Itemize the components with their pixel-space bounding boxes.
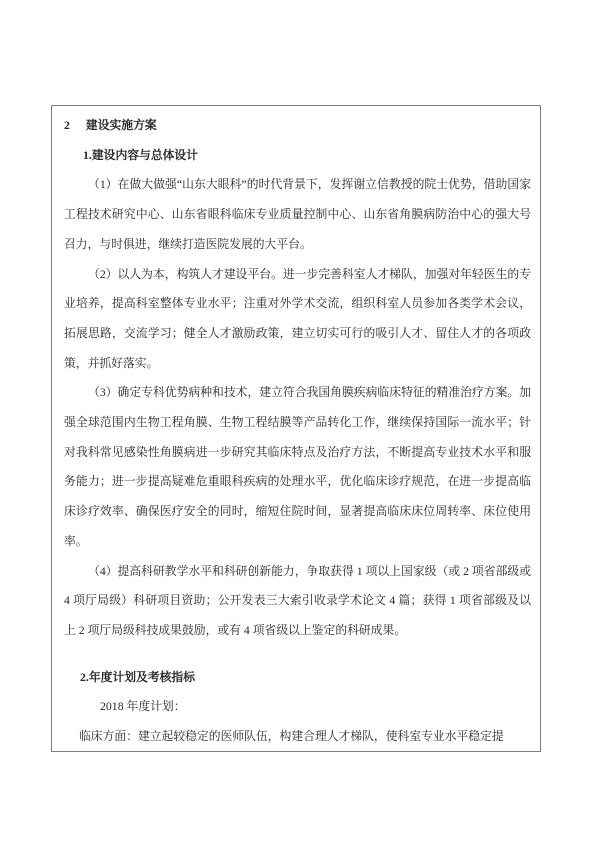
- section-number: 2: [64, 118, 70, 132]
- paragraph-1: （1）在做大做强“山东大眼科”的时代背景下，发挥谢立信教授的院士优势，借助国家工…: [64, 170, 531, 259]
- document-box: 2建设实施方案 1.建设内容与总体设计 （1）在做大做强“山东大眼科”的时代背景…: [51, 105, 541, 752]
- paragraph-4: （4）提高科研教学水平和科研创新能力，争取获得 1 项以上国家级（或 2 项省部…: [64, 557, 531, 646]
- subsection-1-title: 1.建设内容与总体设计: [64, 141, 531, 171]
- section-heading: 2建设实施方案: [64, 111, 531, 141]
- paragraph-2: （2）以人为本，构筑人才建设平台。进一步完善科室人才梯队，加强对年轻医生的专业培…: [64, 260, 531, 379]
- paragraph-3: （3）确定专科优势病种和技术，建立符合我国角膜疾病临床特征的精准治疗方案。加强全…: [64, 378, 531, 556]
- subsection-2-title: 2.年度计划及考核指标: [64, 663, 531, 693]
- section-title: 建设实施方案: [86, 118, 157, 132]
- year-plan-heading: 2018 年度计划：: [64, 692, 531, 722]
- blank-line-spacer: [64, 646, 531, 663]
- clinical-plan-line: 临床方面：建立起较稳定的医师队伍，构建合理人才梯队，使科室专业水平稳定提: [64, 722, 531, 752]
